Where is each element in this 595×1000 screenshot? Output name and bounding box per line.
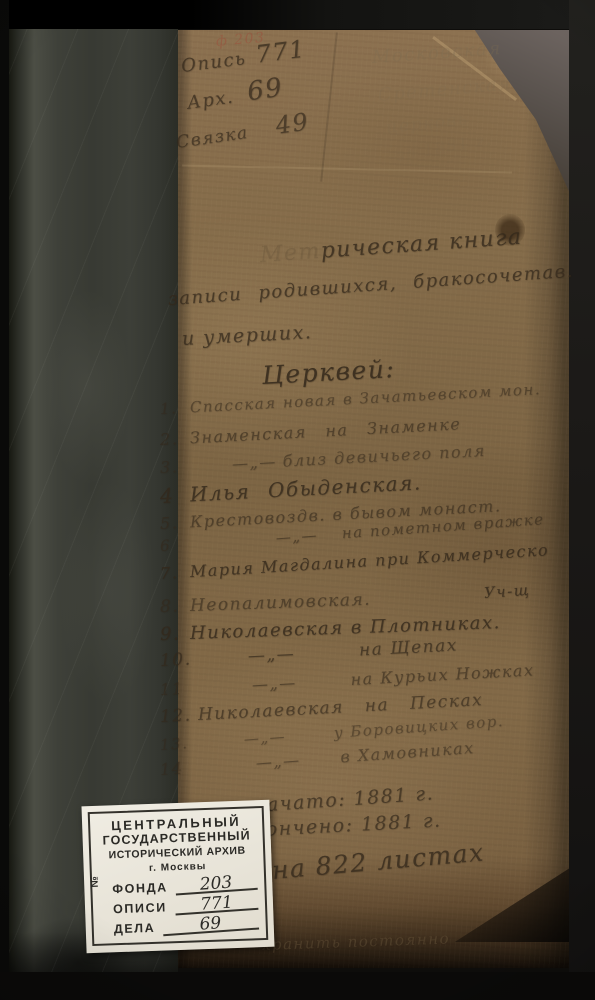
crease-line bbox=[182, 165, 512, 174]
church-number: 1. bbox=[160, 399, 185, 418]
crease-line bbox=[320, 32, 338, 181]
stamp-row-fond: ФОНДА 203 bbox=[96, 875, 260, 897]
stamp-row-label: ФОНДА bbox=[112, 880, 168, 896]
ditto-mark: —„— bbox=[255, 750, 301, 772]
stamp-row-value: 771 bbox=[174, 894, 258, 916]
archival-book-photo: ф 203 Опись771 Арх.69 Связка49 Московска… bbox=[0, 0, 595, 1000]
arkh-number: 69 bbox=[245, 73, 285, 108]
church-number: 8. bbox=[160, 596, 185, 617]
church-list-continuation: Уч-щ bbox=[483, 581, 530, 602]
title-faint-prefix: Мет bbox=[259, 239, 322, 268]
church-number: 11 bbox=[160, 678, 193, 699]
church-number: 7. bbox=[159, 563, 184, 583]
stamp-border-box: ЦЕНТРАЛЬНЫЙ ГОСУДАРСТВЕННЫЙ ИСТОРИЧЕСКИЙ… bbox=[88, 806, 269, 946]
svyazka-number: 49 bbox=[274, 107, 311, 139]
stamp-row-opis: ОПИСИ 771 bbox=[97, 895, 261, 917]
church-number: 6 bbox=[159, 535, 184, 555]
photo-margin-right bbox=[569, 0, 595, 1000]
ditto-mark: —„— bbox=[247, 644, 295, 666]
stamp-row-value: 203 bbox=[175, 874, 258, 896]
ditto-mark: —„— bbox=[275, 526, 318, 547]
church-number: 12. bbox=[159, 705, 192, 727]
photo-margin-left bbox=[0, 0, 9, 1000]
ditto-mark: —„— bbox=[251, 673, 297, 694]
church-number: 4 bbox=[159, 483, 184, 508]
stamp-row-label: ДЕЛА bbox=[114, 921, 156, 936]
church-number: 5. bbox=[160, 513, 185, 533]
arkh-label: Арх. bbox=[186, 87, 235, 114]
ditto-mark: —„— bbox=[243, 727, 286, 748]
stamp-row-value: 69 bbox=[163, 914, 259, 937]
stamp-row-delo: ДЕЛА 69 bbox=[97, 915, 261, 937]
church-number: 3. bbox=[160, 457, 185, 477]
church-number: 2. bbox=[160, 429, 185, 449]
stamp-row-label: ОПИСИ bbox=[113, 900, 167, 916]
church-number: 9. bbox=[160, 623, 185, 645]
photo-margin-bottom bbox=[0, 972, 595, 1000]
church-number: 10. bbox=[159, 649, 192, 671]
photo-margin-top bbox=[0, 0, 595, 29]
church-number: 13. bbox=[159, 734, 192, 754]
stamp-number-mark: № bbox=[89, 875, 100, 888]
church-number: 14 bbox=[159, 758, 192, 779]
ditto-mark: —„— bbox=[231, 452, 277, 473]
archive-stamp: ЦЕНТРАЛЬНЫЙ ГОСУДАРСТВЕННЫЙ ИСТОРИЧЕСКИЙ… bbox=[81, 800, 274, 953]
